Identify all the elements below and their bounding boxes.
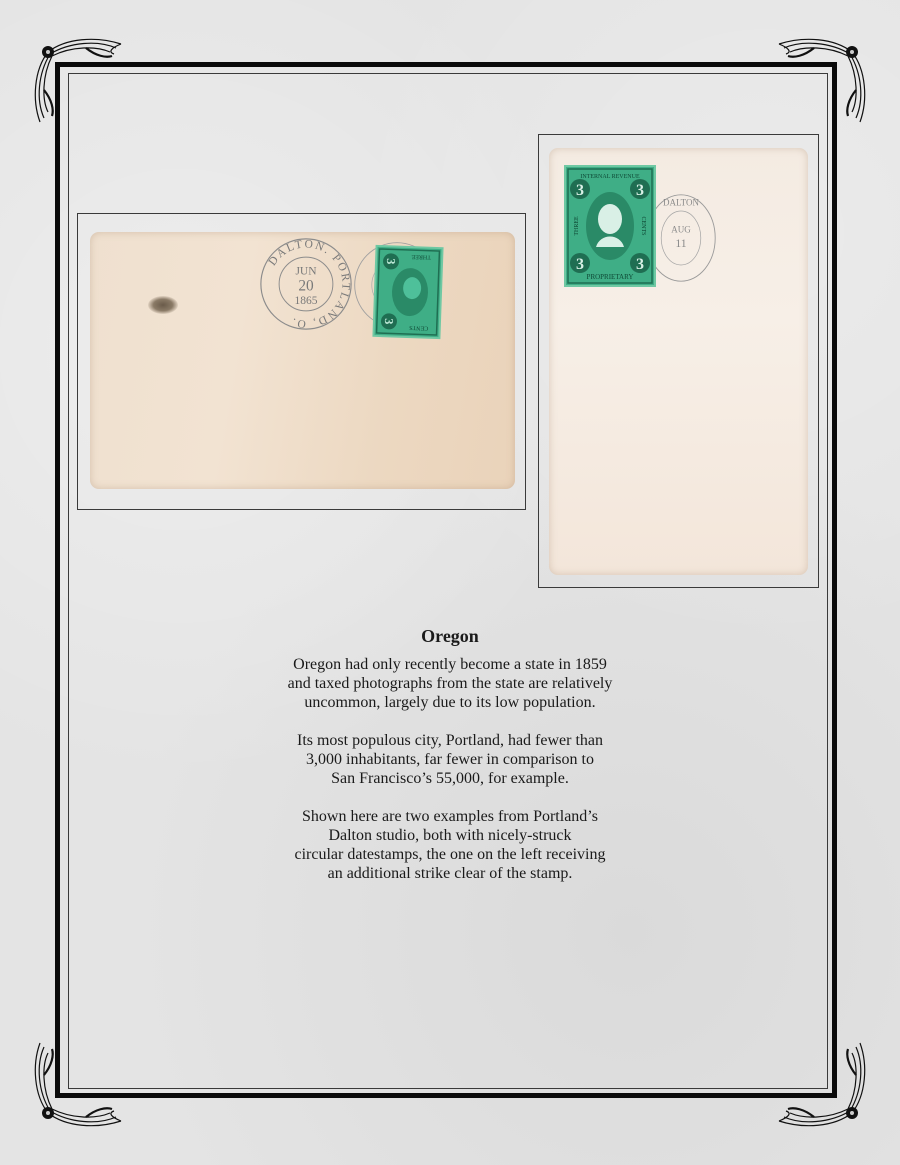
svg-text:3: 3 [636, 256, 644, 273]
paragraph: Oregon had only recently become a state … [230, 655, 670, 712]
svg-text:THREE: THREE [574, 216, 580, 236]
svg-text:3: 3 [576, 256, 584, 273]
postmark-day: 11 [675, 237, 686, 250]
corner-flourish-icon [764, 30, 874, 125]
postmark-day: 20 [298, 278, 314, 295]
stain-mark [148, 296, 178, 314]
postmark-year: 1865 [294, 295, 317, 307]
revenue-stamp-right[interactable]: 3 3 3 3 INTERNAL REVENUE PROPRIETARY THR… [566, 167, 654, 285]
postmark-right: DALTON AUG 11 [645, 193, 717, 283]
paragraph: Its most populous city, Portland, had fe… [230, 731, 670, 788]
revenue-stamp-left[interactable]: 3 3 THREE CENTS [374, 247, 441, 337]
corner-flourish-icon [26, 30, 136, 125]
postmark-left: DALTON. PORTLAND, O. JUN 20 1865 [258, 236, 354, 332]
postmark-month: JUN [295, 265, 317, 277]
corner-flourish-icon [26, 1040, 136, 1135]
stamp-value: 3 [576, 182, 584, 199]
description-block: Oregon Oregon had only recently become a… [230, 626, 670, 902]
stamp-bottom-text: PROPRIETARY [587, 273, 634, 281]
stamp-top-text: INTERNAL REVENUE [580, 174, 640, 180]
svg-text:3: 3 [636, 182, 644, 199]
stamp-bottom-text: CENTS [409, 324, 428, 331]
paragraph: Shown here are two examples from Portlan… [230, 807, 670, 883]
svg-text:3: 3 [382, 318, 396, 324]
postmark-ring-text: DALTON [663, 198, 700, 208]
stamp-value: 3 [384, 258, 398, 264]
page-title: Oregon [230, 626, 670, 647]
postmark-month: AUG [671, 225, 691, 235]
corner-flourish-icon [764, 1040, 874, 1135]
svg-text:CENTS: CENTS [640, 216, 646, 235]
stamp-top-text: THREE [411, 253, 431, 260]
